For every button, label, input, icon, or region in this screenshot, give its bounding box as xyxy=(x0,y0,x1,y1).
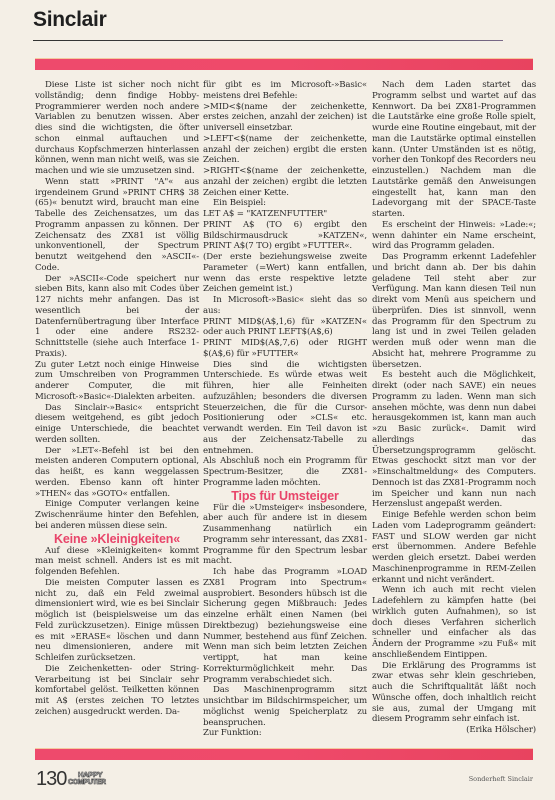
paragraph: Einige Befehle werden schon beim Laden v… xyxy=(372,510,536,585)
subheading-kleinigkeiten: Keine »Kleinigkeiten« xyxy=(35,532,199,546)
logo-line-2: COMPUTER xyxy=(68,779,112,787)
author-signature: (Erika Hölscher) xyxy=(372,725,536,736)
code-line: LET A$ = "KATZENFUTTER" xyxy=(203,209,367,220)
paragraph: Für die »Umsteiger« insbesondere, aber a… xyxy=(203,503,367,568)
happy-computer-logo: HAPPY COMPUTER xyxy=(68,771,112,789)
paragraph: Dies sind die wichtigsten Unterschiede. … xyxy=(203,360,367,457)
paragraph: Wenn statt »PRINT "A"« aus irgendeinem G… xyxy=(35,177,199,274)
paragraph: Das Maschinenprogramm sitzt unsichtbar i… xyxy=(203,685,367,728)
top-accent-band xyxy=(35,58,533,70)
paragraph: Die meisten Computer lassen es nicht zu,… xyxy=(35,578,199,664)
subheading-tips: Tips für Umsteiger xyxy=(203,489,367,503)
code-description: >MID<$(name der zeichenkette, erstes zei… xyxy=(203,102,367,134)
column-3: Nach dem Laden startet das Programm selb… xyxy=(372,80,536,736)
paragraph: Die Zeichenketten- oder String-Verarbeit… xyxy=(35,664,199,718)
paragraph: (Der erste beziehungsweise zweite Parame… xyxy=(203,252,367,295)
code-description: >LEFT<$(name der zeichenkette, anzahl de… xyxy=(203,134,367,166)
column-1: Diese Liste ist sicher noch nicht vollst… xyxy=(35,80,199,718)
code-line: PRINT MID$(A$,1,6) für »KATZEN« oder auc… xyxy=(203,317,367,339)
paragraph: Diese Liste ist sicher noch nicht vollst… xyxy=(35,80,199,177)
bottom-accent-band xyxy=(35,748,533,760)
paragraph: Auf diese »Kleinigkeiten« kommt man meis… xyxy=(35,546,199,578)
logo-line-1: HAPPY xyxy=(68,771,112,779)
paragraph: Ich habe das Programm »LOAD ZX81 Program… xyxy=(203,567,367,685)
paragraph: Der »ASCII«-Code speichert nur sieben Bi… xyxy=(35,274,199,360)
issue-label: Sonderheft Sinclair xyxy=(469,775,533,783)
page-number: 130 xyxy=(36,768,66,791)
paragraph: Es erscheint der Hinweis: »Lade:«; wenn … xyxy=(372,220,536,252)
paragraph: Zu guter Letzt noch einige Hinweise zum … xyxy=(35,360,199,403)
paragraph: Als Abschluß noch ein Programm für Spect… xyxy=(203,456,367,488)
paragraph: In Microsoft-»Basic« sieht das so aus: xyxy=(203,295,367,317)
column-2: für gibt es im Microsoft-»Basic« meisten… xyxy=(203,80,367,739)
paragraph: Nach dem Laden startet das Programm selb… xyxy=(372,80,536,220)
paragraph: Das Programm erkennt Ladefehler und bric… xyxy=(372,252,536,370)
paragraph: Einige Computer verlangen keine Zwischen… xyxy=(35,499,199,531)
code-description: >RIGHT<$(name der zeichenkette, anzahl d… xyxy=(203,166,367,198)
paragraph: für gibt es im Microsoft-»Basic« meisten… xyxy=(203,80,367,102)
paragraph: Die Erklärung des Programms ist zwar etw… xyxy=(372,661,536,726)
section-title: Sinclair xyxy=(33,8,106,32)
paragraph: Es besteht auch die Möglichkeit, direkt … xyxy=(372,370,536,510)
paragraph: Der »LET«-Befehl ist bei den meisten and… xyxy=(35,446,199,500)
code-line: PRINT MID$(A$,7,6) oder RIGHT $(A$,6) fü… xyxy=(203,338,367,360)
header-rule xyxy=(33,40,503,41)
paragraph: PRINT A$ (TO 6) ergibt den Bildschirmaus… xyxy=(203,220,367,252)
paragraph: Wenn ich auch mit recht vielen Ladefehle… xyxy=(372,585,536,660)
paragraph: Ein Beispiel: xyxy=(203,198,367,209)
paragraph: Zur Funktion: xyxy=(203,728,367,739)
paragraph: Das Sinclair-»Basic« entspricht diesem w… xyxy=(35,403,199,446)
